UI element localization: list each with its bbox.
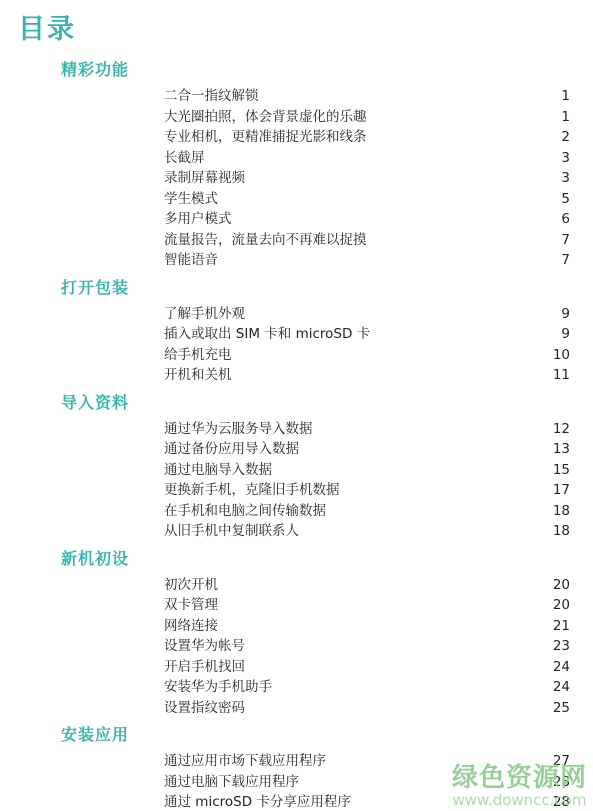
section-label: 新机初设 (61, 549, 570, 569)
toc-entry[interactable]: 安装华为手机助手24 (164, 677, 570, 698)
entry-page-number: 1 (546, 86, 570, 107)
entry-title: 通过电脑下载应用程序 (164, 772, 299, 793)
entry-title: 大光圈拍照，体会背景虚化的乐趣 (164, 107, 367, 128)
entry-page-number: 9 (546, 324, 570, 345)
toc-entry[interactable]: 开启手机找回24 (164, 657, 570, 678)
entry-page-number: 27 (546, 751, 570, 772)
toc-entry[interactable]: 设置指纹密码25 (164, 698, 570, 719)
entry-title: 从旧手机中复制联系人 (164, 521, 299, 542)
toc-entry[interactable]: 通过应用市场下载应用程序27 (164, 751, 570, 772)
entry-page-number: 28 (546, 772, 570, 793)
section-entries: 初次开机20双卡管理20网络连接21设置华为帐号23开启手机找回24安装华为手机… (164, 575, 570, 719)
entry-page-number: 28 (546, 792, 570, 811)
section-entries: 通过华为云服务导入数据12通过备份应用导入数据13通过电脑导入数据15更换新手机… (164, 419, 570, 542)
toc-entry[interactable]: 通过 microSD 卡分享应用程序28 (164, 792, 570, 811)
toc-entry[interactable]: 智能语音7 (164, 250, 570, 271)
toc-entry[interactable]: 了解手机外观9 (164, 304, 570, 325)
section-entries: 通过应用市场下载应用程序27通过电脑下载应用程序28通过 microSD 卡分享… (164, 751, 570, 811)
entry-title: 开启手机找回 (164, 657, 245, 678)
toc-entry[interactable]: 开机和关机11 (164, 365, 570, 386)
toc-entry[interactable]: 专业相机，更精准捕捉光影和线条2 (164, 127, 570, 148)
entry-title: 双卡管理 (164, 595, 218, 616)
entry-title: 网络连接 (164, 616, 218, 637)
entry-page-number: 7 (546, 230, 570, 251)
entry-title: 专业相机，更精准捕捉光影和线条 (164, 127, 367, 148)
entry-title: 插入或取出 SIM 卡和 microSD 卡 (164, 324, 370, 345)
entry-title: 通过华为云服务导入数据 (164, 419, 313, 440)
entry-page-number: 11 (546, 365, 570, 386)
toc-entry[interactable]: 多用户模式6 (164, 209, 570, 230)
toc-entry[interactable]: 录制屏幕视频3 (164, 168, 570, 189)
toc-entry[interactable]: 长截屏3 (164, 148, 570, 169)
entry-page-number: 5 (546, 189, 570, 210)
entry-page-number: 6 (546, 209, 570, 230)
toc-section: 精彩功能二合一指纹解锁1大光圈拍照，体会背景虚化的乐趣1专业相机，更精准捕捉光影… (18, 60, 570, 271)
entry-page-number: 10 (546, 345, 570, 366)
entry-page-number: 20 (546, 595, 570, 616)
entry-title: 通过备份应用导入数据 (164, 439, 299, 460)
toc-entry[interactable]: 大光圈拍照，体会背景虚化的乐趣1 (164, 107, 570, 128)
section-entries: 二合一指纹解锁1大光圈拍照，体会背景虚化的乐趣1专业相机，更精准捕捉光影和线条2… (164, 86, 570, 271)
toc-entry[interactable]: 双卡管理20 (164, 595, 570, 616)
entry-page-number: 23 (546, 636, 570, 657)
entry-page-number: 17 (546, 480, 570, 501)
entry-page-number: 25 (546, 698, 570, 719)
entry-page-number: 3 (546, 168, 570, 189)
entry-title: 通过 microSD 卡分享应用程序 (164, 792, 351, 811)
entry-title: 录制屏幕视频 (164, 168, 245, 189)
entry-title: 设置华为帐号 (164, 636, 245, 657)
entry-title: 学生模式 (164, 189, 218, 210)
toc-entry[interactable]: 更换新手机，克隆旧手机数据17 (164, 480, 570, 501)
toc-entry[interactable]: 从旧手机中复制联系人18 (164, 521, 570, 542)
toc-entry[interactable]: 流量报告，流量去向不再难以捉摸7 (164, 230, 570, 251)
entry-title: 初次开机 (164, 575, 218, 596)
toc-entry[interactable]: 通过华为云服务导入数据12 (164, 419, 570, 440)
toc-entry[interactable]: 二合一指纹解锁1 (164, 86, 570, 107)
entry-title: 智能语音 (164, 250, 218, 271)
section-entries: 了解手机外观9插入或取出 SIM 卡和 microSD 卡9给手机充电10开机和… (164, 304, 570, 386)
entry-title: 设置指纹密码 (164, 698, 245, 719)
entry-page-number: 12 (546, 419, 570, 440)
entry-page-number: 9 (546, 304, 570, 325)
toc-sections: 精彩功能二合一指纹解锁1大光圈拍照，体会背景虚化的乐趣1专业相机，更精准捕捉光影… (18, 60, 570, 811)
toc-entry[interactable]: 学生模式5 (164, 189, 570, 210)
entry-title: 多用户模式 (164, 209, 232, 230)
entry-title: 长截屏 (164, 148, 205, 169)
section-label: 导入资料 (61, 393, 570, 413)
entry-page-number: 2 (546, 127, 570, 148)
toc-entry[interactable]: 给手机充电10 (164, 345, 570, 366)
section-label: 精彩功能 (61, 60, 570, 80)
toc-entry[interactable]: 插入或取出 SIM 卡和 microSD 卡9 (164, 324, 570, 345)
entry-title: 通过应用市场下载应用程序 (164, 751, 326, 772)
toc-entry[interactable]: 初次开机20 (164, 575, 570, 596)
toc-section: 新机初设初次开机20双卡管理20网络连接21设置华为帐号23开启手机找回24安装… (18, 549, 570, 719)
entry-page-number: 24 (546, 677, 570, 698)
toc-section: 安装应用通过应用市场下载应用程序27通过电脑下载应用程序28通过 microSD… (18, 725, 570, 811)
toc-section: 打开包装了解手机外观9插入或取出 SIM 卡和 microSD 卡9给手机充电1… (18, 278, 570, 386)
toc-section: 导入资料通过华为云服务导入数据12通过备份应用导入数据13通过电脑导入数据15更… (18, 393, 570, 542)
entry-page-number: 7 (546, 250, 570, 271)
entry-title: 在手机和电脑之间传输数据 (164, 501, 326, 522)
entry-page-number: 24 (546, 657, 570, 678)
entry-title: 给手机充电 (164, 345, 232, 366)
toc-entry[interactable]: 通过备份应用导入数据13 (164, 439, 570, 460)
entry-page-number: 18 (546, 521, 570, 542)
entry-page-number: 21 (546, 616, 570, 637)
toc-entry[interactable]: 在手机和电脑之间传输数据18 (164, 501, 570, 522)
section-label: 安装应用 (61, 725, 570, 745)
entry-title: 安装华为手机助手 (164, 677, 272, 698)
entry-title: 了解手机外观 (164, 304, 245, 325)
toc-entry[interactable]: 通过电脑下载应用程序28 (164, 772, 570, 793)
toc-entry[interactable]: 网络连接21 (164, 616, 570, 637)
entry-title: 二合一指纹解锁 (164, 86, 259, 107)
entry-page-number: 13 (546, 439, 570, 460)
entry-page-number: 1 (546, 107, 570, 128)
page-title: 目录 (18, 12, 570, 48)
entry-title: 开机和关机 (164, 365, 232, 386)
toc-entry[interactable]: 通过电脑导入数据15 (164, 460, 570, 481)
toc-entry[interactable]: 设置华为帐号23 (164, 636, 570, 657)
section-label: 打开包装 (61, 278, 570, 298)
entry-title: 更换新手机，克隆旧手机数据 (164, 480, 340, 501)
entry-page-number: 18 (546, 501, 570, 522)
entry-page-number: 3 (546, 148, 570, 169)
entry-page-number: 15 (546, 460, 570, 481)
toc-page: 目录 精彩功能二合一指纹解锁1大光圈拍照，体会背景虚化的乐趣1专业相机，更精准捕… (0, 0, 593, 811)
entry-page-number: 20 (546, 575, 570, 596)
entry-title: 流量报告，流量去向不再难以捉摸 (164, 230, 367, 251)
entry-title: 通过电脑导入数据 (164, 460, 272, 481)
